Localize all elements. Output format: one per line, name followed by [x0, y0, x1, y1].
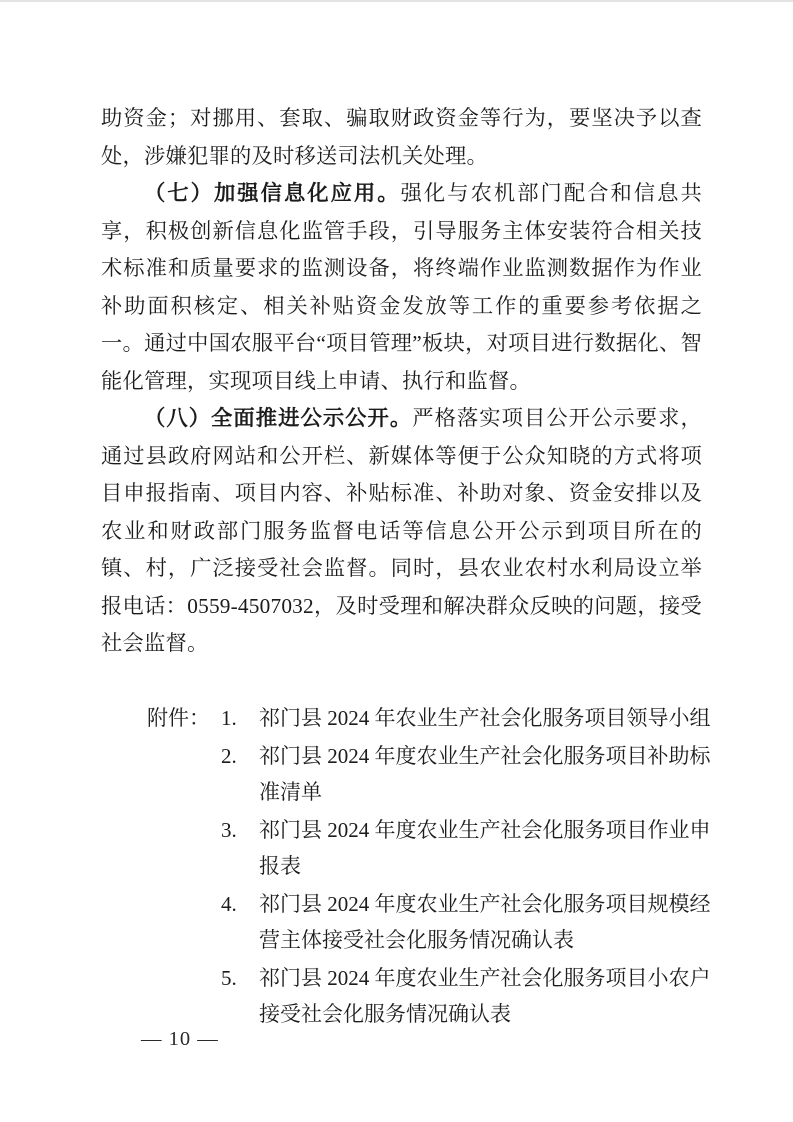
document-content: 助资金；对挪用、套取、骗取财政资金等行为，要坚决予以查处，涉嫌犯罪的及时移送司法…: [101, 100, 702, 1034]
attachment-list: 1.祁门县 2024 年农业生产社会化服务项目领导小组2.祁门县 2024 年度…: [221, 700, 723, 1034]
attachment-item-number: 1.: [221, 700, 259, 736]
attachment-item-number: 5.: [221, 960, 259, 996]
attachment-item-title: 祁门县 2024 年度农业生产社会化服务项目补助标准清单: [259, 738, 723, 810]
attachment-item-number: 2.: [221, 738, 259, 774]
attachment-item-title: 祁门县 2024 年度农业生产社会化服务项目小农户接受社会化服务情况确认表: [259, 960, 723, 1032]
paragraph-text: 严格落实项目公开公示要求，通过县政府网站和公开栏、新媒体等便于公众知晓的方式将项…: [101, 406, 702, 655]
paragraph-text: 强化与农机部门配合和信息共享，积极创新信息化监管手段，引导服务主体安装符合相关技…: [101, 181, 702, 393]
attachment-item-number: 3.: [221, 812, 259, 848]
attachment-item: 3.祁门县 2024 年度农业生产社会化服务项目作业申报表: [221, 812, 723, 884]
attachments-label: 附件：: [147, 700, 210, 736]
paragraph: （八）全面推进公示公开。严格落实项目公开公示要求，通过县政府网站和公开栏、新媒体…: [101, 400, 702, 663]
attachment-item: 5.祁门县 2024 年度农业生产社会化服务项目小农户接受社会化服务情况确认表: [221, 960, 723, 1032]
attachment-item: 2.祁门县 2024 年度农业生产社会化服务项目补助标准清单: [221, 738, 723, 810]
attachment-item: 1.祁门县 2024 年农业生产社会化服务项目领导小组: [221, 700, 723, 736]
paragraph: （七）加强信息化应用。强化与农机部门配合和信息共享，积极创新信息化监管手段，引导…: [101, 175, 702, 400]
section-heading-text: （八）全面推进公示公开。: [144, 406, 412, 430]
attachment-item-title: 祁门县 2024 年度农业生产社会化服务项目规模经营主体接受社会化服务情况确认表: [259, 886, 723, 958]
page-number: — 10 —: [141, 1025, 219, 1053]
scan-edge-artifact: [0, 0, 793, 2]
attachment-item-number: 4.: [221, 886, 259, 922]
section-heading-text: （七）加强信息化应用。: [144, 181, 401, 205]
document-page: 助资金；对挪用、套取、骗取财政资金等行为，要坚决予以查处，涉嫌犯罪的及时移送司法…: [0, 0, 793, 1122]
attachments-block: 附件： 1.祁门县 2024 年农业生产社会化服务项目领导小组2.祁门县 202…: [101, 700, 702, 1034]
paragraph-text: 助资金；对挪用、套取、骗取财政资金等行为，要坚决予以查处，涉嫌犯罪的及时移送司法…: [101, 106, 702, 168]
paragraph: 助资金；对挪用、套取、骗取财政资金等行为，要坚决予以查处，涉嫌犯罪的及时移送司法…: [101, 100, 702, 175]
attachment-item-title: 祁门县 2024 年度农业生产社会化服务项目作业申报表: [259, 812, 723, 884]
attachment-item-title: 祁门县 2024 年农业生产社会化服务项目领导小组: [259, 700, 723, 736]
body-paragraphs: 助资金；对挪用、套取、骗取财政资金等行为，要坚决予以查处，涉嫌犯罪的及时移送司法…: [101, 100, 702, 663]
attachment-item: 4.祁门县 2024 年度农业生产社会化服务项目规模经营主体接受社会化服务情况确…: [221, 886, 723, 958]
